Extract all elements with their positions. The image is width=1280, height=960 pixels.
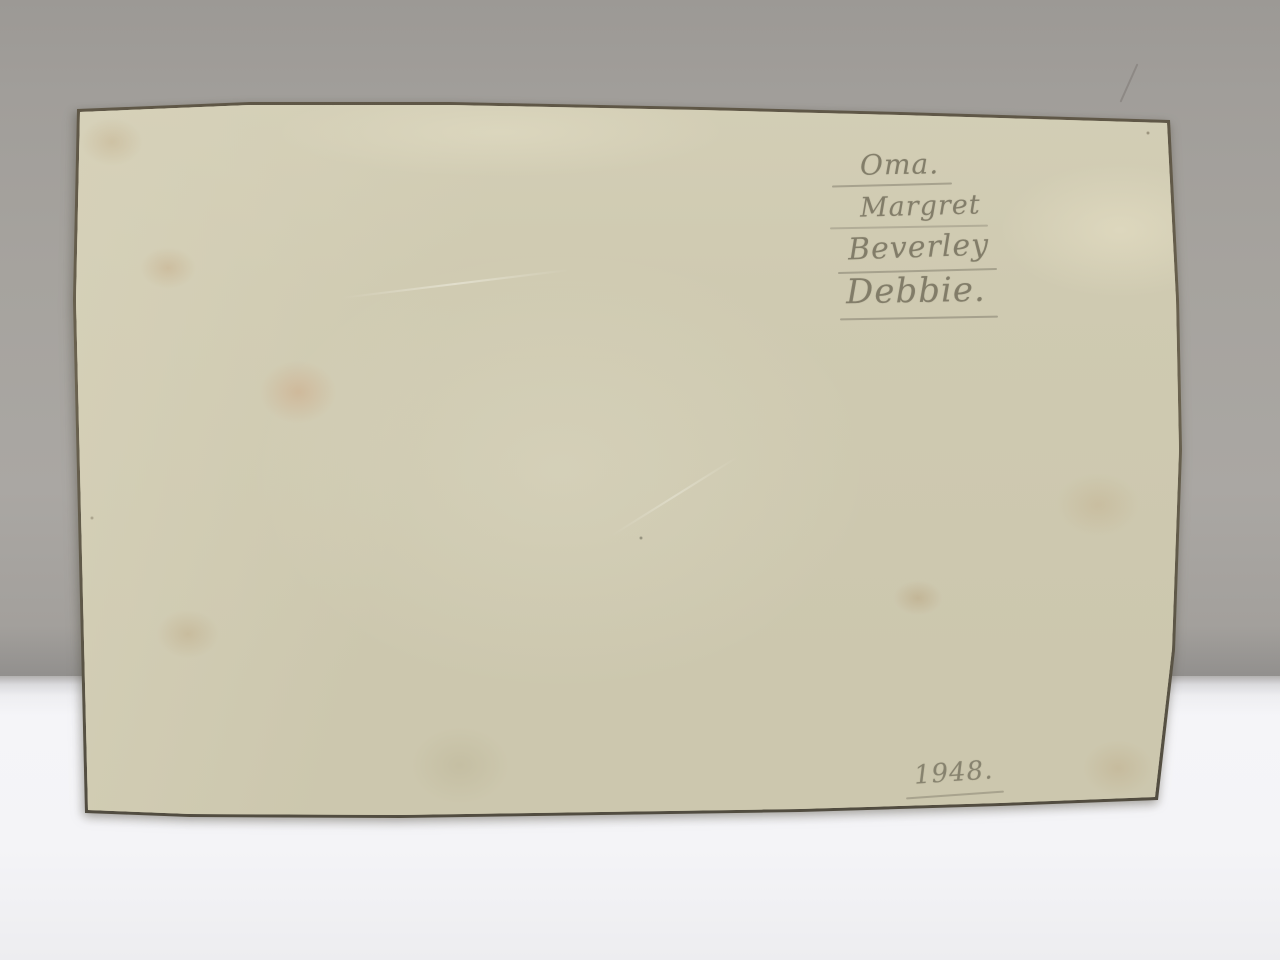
crease-mark bbox=[341, 269, 570, 299]
handwritten-name-margret: Margret bbox=[860, 189, 981, 223]
handwritten-name-beverley: Beverley bbox=[847, 228, 989, 268]
scene: Oma. Margret Beverley Debbie. 1948. bbox=[0, 0, 1280, 960]
handwritten-year: 1948. bbox=[913, 755, 994, 790]
crease-mark bbox=[611, 455, 739, 536]
handwritten-name-debbie: Debbie. bbox=[846, 270, 986, 312]
handwritten-name-oma: Oma. bbox=[860, 147, 940, 181]
photo-card-back: Oma. Margret Beverley Debbie. 1948. bbox=[0, 0, 1280, 960]
